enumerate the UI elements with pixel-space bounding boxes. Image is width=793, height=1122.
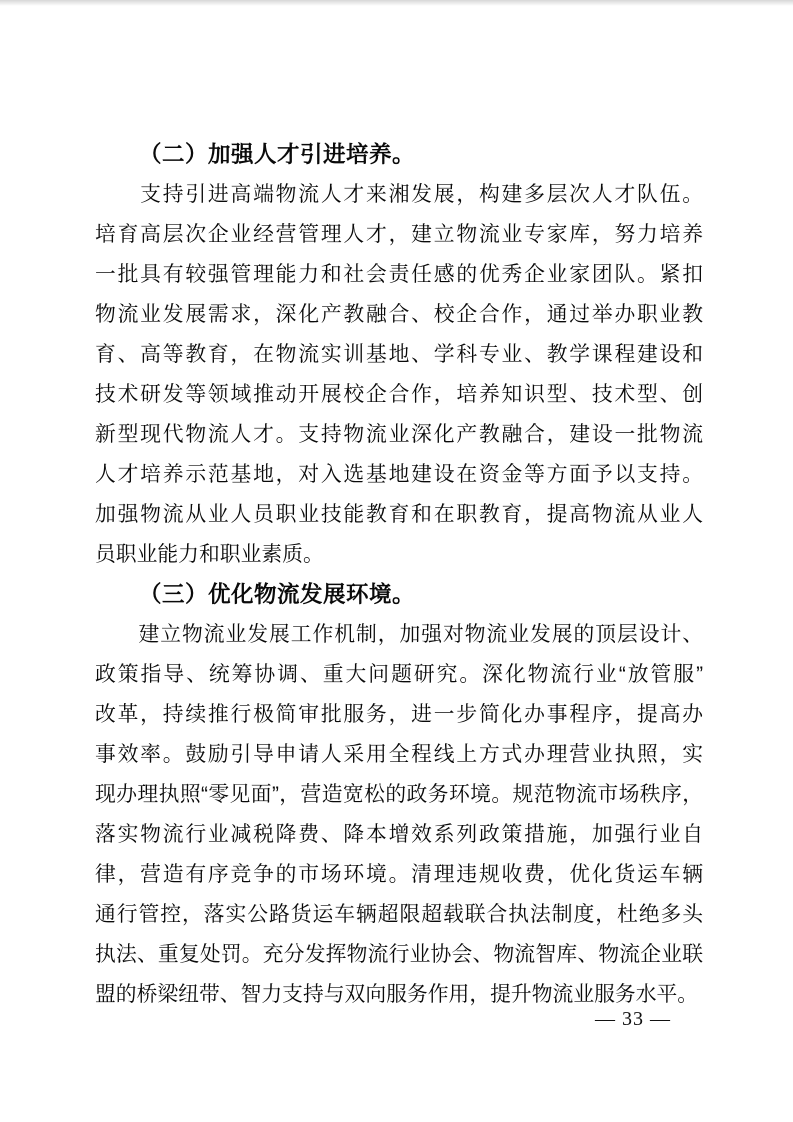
text-line: 律，营造有序竞争的市场环境。清理违规收费，优化货运车辆 (95, 855, 703, 895)
text-line: 物流业发展需求，深化产教融合、校企合作，通过举办职业教 (95, 295, 703, 335)
section-talent-cultivation: （二）加强人才引进培养。 支持引进高端物流人才来湘发展，构建多层次人才队伍。培育… (95, 135, 703, 575)
section-heading-3: （三）优化物流发展环境。 (95, 575, 703, 615)
text-line: 培育高层次企业经营管理人才，建立物流业专家库，努力培养 (95, 215, 703, 255)
paragraph-logistics-environment: 建立物流业发展工作机制，加强对物流业发展的顶层设计、政策指导、统筹协调、重大问题… (95, 615, 703, 1015)
text-line: 执法、重复处罚。充分发挥物流行业协会、物流智库、物流企业联 (95, 935, 703, 975)
scan-edge-artifact (0, 0, 793, 6)
page-number-footer: — 33 — (595, 1004, 671, 1034)
text-line: 支持引进高端物流人才来湘发展，构建多层次人才队伍。 (95, 175, 703, 215)
text-line: 一批具有较强管理能力和社会责任感的优秀企业家团队。紧扣 (95, 255, 703, 295)
text-line: 政策指导、统筹协调、重大问题研究。深化物流行业“放管服” (95, 655, 703, 695)
text-line: 落实物流行业减税降费、降本增效系列政策措施，加强行业自 (95, 815, 703, 855)
text-line: 改革，持续推行极简审批服务，进一步简化办事程序，提高办 (95, 695, 703, 735)
text-line: 事效率。鼓励引导申请人采用全程线上方式办理营业执照，实 (95, 735, 703, 775)
text-line: 技术研发等领域推动开展校企合作，培养知识型、技术型、创 (95, 375, 703, 415)
text-line: 加强物流从业人员职业技能教育和在职教育，提高物流从业人 (95, 495, 703, 535)
text-line: 建立物流业发展工作机制，加强对物流业发展的顶层设计、 (95, 615, 703, 655)
text-line: 新型现代物流人才。支持物流业深化产教融合，建设一批物流 (95, 415, 703, 455)
text-line: 人才培养示范基地，对入选基地建设在资金等方面予以支持。 (95, 455, 703, 495)
text-line: 通行管控，落实公路货运车辆超限超载联合执法制度，杜绝多头 (95, 895, 703, 935)
section-heading-2: （二）加强人才引进培养。 (95, 135, 703, 175)
paragraph-talent-cultivation: 支持引进高端物流人才来湘发展，构建多层次人才队伍。培育高层次企业经营管理人才，建… (95, 175, 703, 575)
document-page-body: （二）加强人才引进培养。 支持引进高端物流人才来湘发展，构建多层次人才队伍。培育… (95, 135, 703, 1015)
text-line: 员职业能力和职业素质。 (95, 535, 703, 575)
section-logistics-environment: （三）优化物流发展环境。 建立物流业发展工作机制，加强对物流业发展的顶层设计、政… (95, 575, 703, 1015)
text-line: 现办理执照“零见面”，营造宽松的政务环境。规范物流市场秩序， (95, 775, 703, 815)
text-line: 育、高等教育，在物流实训基地、学科专业、教学课程建设和 (95, 335, 703, 375)
